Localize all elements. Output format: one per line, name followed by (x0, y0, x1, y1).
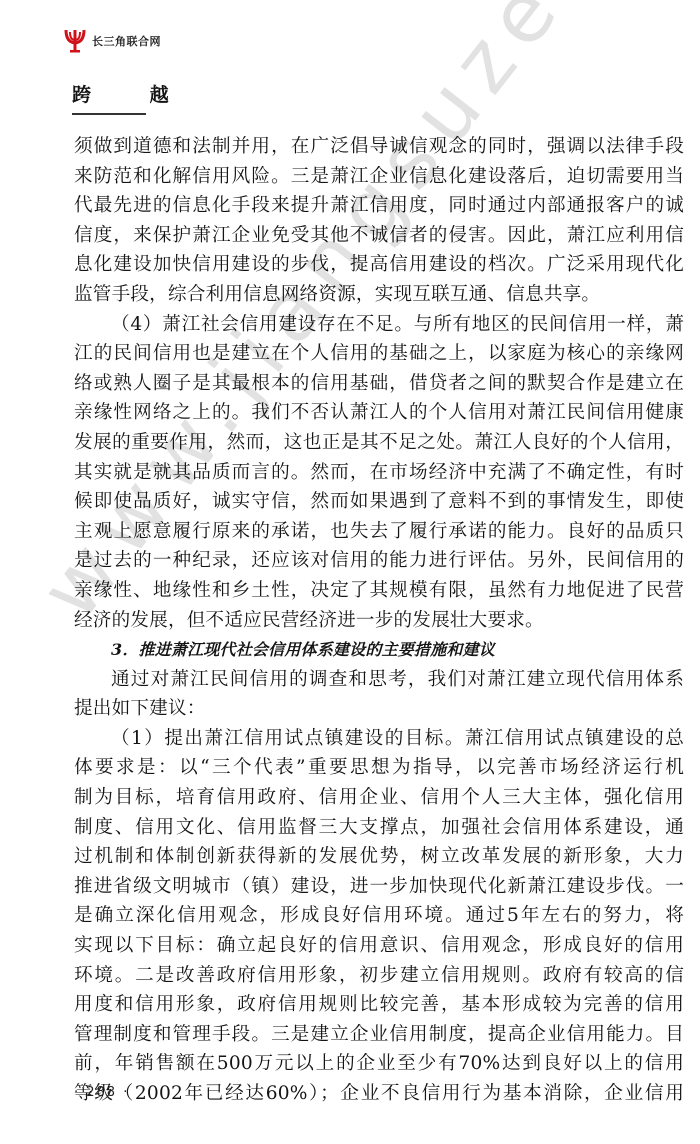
text-line: 信度，来保护萧江企业免受其他不诚信者的侵害。因此，萧江应利用信 (74, 221, 684, 251)
section-heading: 3．推进萧江现代社会信用体系建设的主要措施和建议 (74, 635, 684, 665)
site-logo: 长三角联合网 (64, 28, 161, 54)
text-line: 络或熟人圈子是其最根本的信用基础，借贷者之间的默契合作是建立在 (74, 369, 684, 399)
text-line: 制度、信用文化、信用监督三大支撑点，加强社会信用体系建设，通 (74, 813, 684, 843)
text-line: 江的民间信用也是建立在个人信用的基础之上，以家庭为核心的亲缘网 (74, 339, 684, 369)
text-line: 前，年销售额在500万元以上的企业至少有70%达到良好以上的信用 (74, 1049, 684, 1079)
text-line: 实现以下目标：确立起良好的信用意识、信用观念，形成良好的信用 (74, 931, 684, 961)
text-line: 等级（2002年已经达60%）；企业不良信用行为基本消除，企业信用 (74, 1079, 684, 1109)
text-line: 来防范和化解信用风险。三是萧江企业信息化建设落后，迫切需要用当 (74, 162, 684, 192)
body-text: 须做到道德和法制并用，在广泛倡导诚信观念的同时，强调以法律手段来防范和化解信用风… (74, 132, 684, 1109)
text-line: 管理制度和管理手段。三是建立企业信用制度，提高企业信用能力。目 (74, 1020, 684, 1050)
page-number: · 288 · (74, 1085, 129, 1100)
text-line: 体要求是：以“三个代表”重要思想为指导，以完善市场经济运行机 (74, 753, 684, 783)
chapter-rule (72, 113, 146, 115)
text-line: 发展的重要作用，然而，这也正是其不足之处。萧江人良好的个人信用， (74, 428, 684, 458)
text-line: 环境。二是改善政府信用形象，初步建立信用规则。政府有较高的信 (74, 961, 684, 991)
text-line: 主观上愿意履行原来的承诺，也失去了履行承诺的能力。良好的品质只 (74, 517, 684, 547)
logo-icon (64, 28, 86, 54)
text-line: 经济的发展，但不适应民营经济进一步的发展壮大要求。 (74, 606, 684, 636)
text-line: 提出如下建议： (74, 694, 684, 724)
text-line: （4）萧江社会信用建设存在不足。与所有地区的民间信用一样，萧 (74, 310, 684, 340)
chapter-header: 跨 越 (72, 80, 148, 115)
text-line: 亲缘性网络之上的。我们不否认萧江人的个人信用对萧江民间信用健康 (74, 398, 684, 428)
text-line: 须做到道德和法制并用，在广泛倡导诚信观念的同时，强调以法律手段 (74, 132, 684, 162)
chapter-title: 跨 越 (72, 80, 148, 107)
text-line: 过机制和体制创新获得新的发展优势，树立改革发展的新形象，大力 (74, 842, 684, 872)
text-line: 候即使品质好，诚实守信，然而如果遇到了意料不到的事情发生，即使 (74, 487, 684, 517)
text-line: 通过对萧江民间信用的调查和思考，我们对萧江建立现代信用体系 (74, 665, 684, 695)
logo-text: 长三角联合网 (92, 33, 161, 49)
text-line: 亲缘性、地缘性和乡土性，决定了其规模有限，虽然有力地促进了民营 (74, 576, 684, 606)
text-line: （1）提出萧江信用试点镇建设的目标。萧江信用试点镇建设的总 (74, 724, 684, 754)
text-line: 监管手段，综合利用信息网络资源，实现互联互通、信息共享。 (74, 280, 684, 310)
text-line: 推进省级文明城市（镇）建设，进一步加快现代化新萧江建设步伐。一 (74, 872, 684, 902)
text-line: 其实就是就其品质而言的。然而，在市场经济中充满了不确定性，有时 (74, 458, 684, 488)
text-line: 息化建设加快信用建设的步伐，提高信用建设的档次。广泛采用现代化 (74, 250, 684, 280)
text-line: 代最先进的信息化手段来提升萧江信用度，同时通过内部通报客户的诚 (74, 191, 684, 221)
text-line: 用度和信用形象，政府信用规则比较完善，基本形成较为完善的信用 (74, 990, 684, 1020)
text-line: 是确立深化信用观念，形成良好信用环境。通过5年左右的努力，将 (74, 901, 684, 931)
text-line: 制为目标，培育信用政府、信用企业、信用个人三大主体，强化信用 (74, 783, 684, 813)
text-line: 是过去的一种纪录，还应该对信用的能力进行评估。另外，民间信用的 (74, 546, 684, 576)
